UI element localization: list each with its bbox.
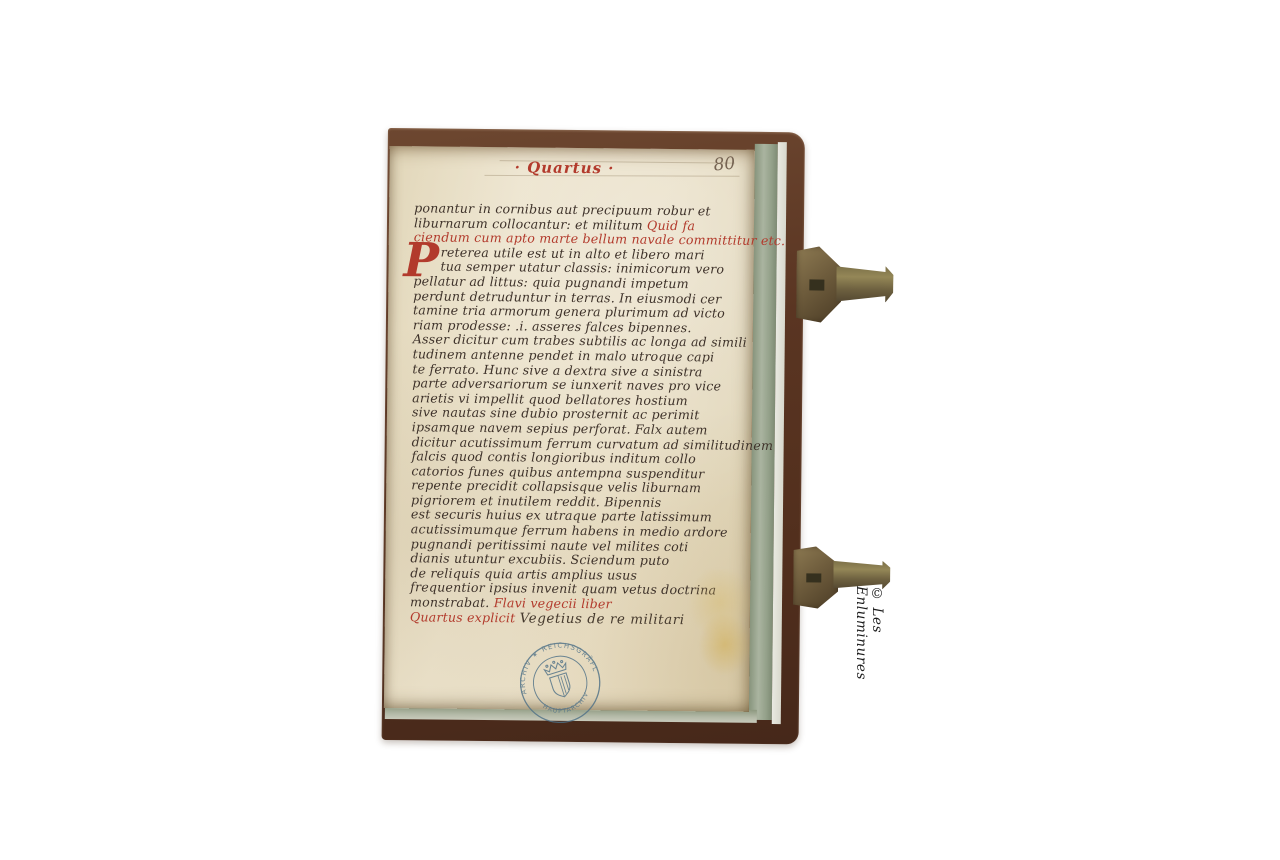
text-segment-rubric: Quartus explicit — [410, 609, 520, 625]
manuscript-text-block: ponantur in cornibus aut precipuum robur… — [410, 201, 726, 627]
book-clasp-upper — [796, 246, 897, 323]
stamp-shield-icon — [550, 673, 573, 699]
clasp-brass-tongue — [836, 266, 893, 303]
clasp-rivet-slot — [806, 574, 821, 583]
manuscript-text-line: Quartus explicit Vegetius de re militari — [410, 610, 722, 628]
text-segment-ink-cursive: Vegetius de re militari — [520, 611, 685, 628]
text-segment-rubric: Quid fa — [647, 217, 695, 233]
running-title: · Quartus · — [489, 158, 639, 178]
clasp-rivet-slot — [809, 280, 824, 291]
folio-number: 80 — [713, 154, 736, 176]
manuscript-book: · Quartus · 80 P ponantur in cornibus au… — [381, 126, 900, 755]
parchment-page: · Quartus · 80 P ponantur in cornibus au… — [384, 146, 755, 712]
parchment-stain — [676, 569, 755, 680]
copyright-credit: © Les Enluminures — [853, 586, 885, 731]
text-segment-ink: monstrabat. — [410, 594, 494, 610]
stamp-crown-icon — [543, 658, 568, 676]
